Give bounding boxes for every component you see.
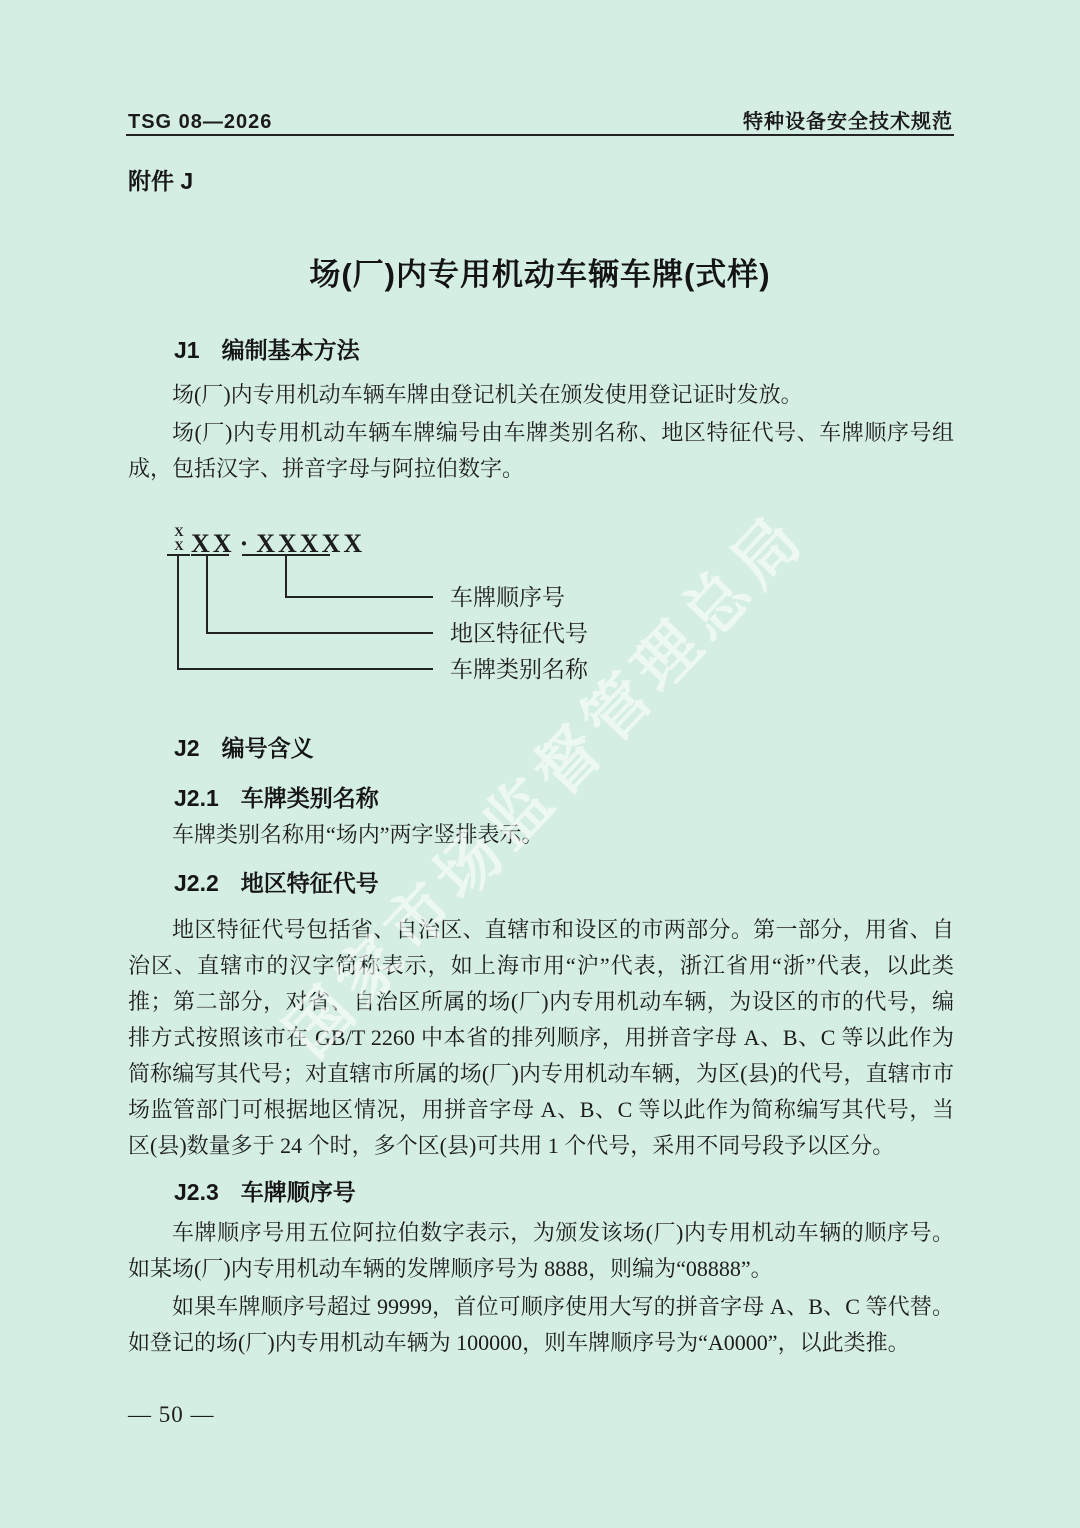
section-number: J2 [174,734,200,762]
section-heading-j2-1: J2.1 车牌类别名称 [174,784,379,812]
attachment-label: 附件 J [128,163,193,196]
section-number: J2.1 [174,784,219,812]
section-heading-j2-2: J2.2 地区特征代号 [174,869,379,897]
section-title: 车牌顺序号 [241,1178,356,1206]
diagram-label-serial-number: 车牌顺序号 [450,585,565,611]
section-title: 编号含义 [222,734,314,762]
paragraph-j1-1: 场(厂)内专用机动车辆车牌由登记机关在颁发使用登记证时发放。 [128,377,954,413]
section-heading-j1: J1 编制基本方法 [174,336,360,364]
paragraph-j1-2: 场(厂)内专用机动车辆车牌编号由车牌类别名称、地区特征代号、车牌顺序号组成，包括… [128,415,954,487]
diagram-label-category-name: 车牌类别名称 [450,657,588,683]
paragraph-j2-1: 车牌类别名称用“场内”两字竖排表示。 [128,817,954,853]
section-number: J2.3 [174,1178,219,1206]
section-heading-j2-3: J2.3 车牌顺序号 [174,1178,356,1206]
diagram-label-region-code: 地区特征代号 [450,621,588,647]
paragraph-j2-3-1: 车牌顺序号用五位阿拉伯数字表示，为颁发该场(厂)内专用机动车辆的顺序号。如某场(… [128,1215,954,1287]
paragraph-j2-3-2: 如果车牌顺序号超过 99999，首位可顺序使用大写的拼音字母 A、B、C 等代替… [128,1289,954,1361]
section-number: J2.2 [174,869,219,897]
leader-vertical-category [177,554,179,670]
plate-code-sample: XX·XXXXX [191,530,365,557]
section-title: 编制基本方法 [222,336,360,364]
leader-horizontal-serial [285,596,433,598]
page-number: — 50 — [128,1402,215,1428]
paragraph-j2-2: 地区特征代号包括省、自治区、直辖市和设区的市两部分。第一部分，用省、自治区、直辖… [128,912,954,1164]
leader-vertical-serial [285,554,287,598]
section-title: 车牌类别名称 [241,784,379,812]
page-title: 场(厂)内专用机动车辆车牌(式样) [0,249,1080,294]
leader-horizontal-region [206,632,433,634]
plate-code-vertical-pair: X X [169,525,189,553]
leader-vertical-region [206,554,208,634]
plate-code-stack-bottom: X [169,539,189,553]
section-title: 地区特征代号 [241,869,379,897]
header-doc-code: TSG 08—2026 [128,111,272,134]
section-number: J1 [174,336,200,364]
header-rule [126,134,954,136]
header-doc-title: 特种设备安全技术规范 [743,105,953,134]
leader-horizontal-category [177,668,433,670]
document-page: TSG 08—2026 特种设备安全技术规范 附件 J 场(厂)内专用机动车辆车… [0,0,1080,1528]
underline-region-group [191,554,229,556]
plate-code-stack-top: X [169,525,189,539]
section-heading-j2: J2 编号含义 [174,734,314,762]
page-header: TSG 08—2026 特种设备安全技术规范 [128,105,953,134]
